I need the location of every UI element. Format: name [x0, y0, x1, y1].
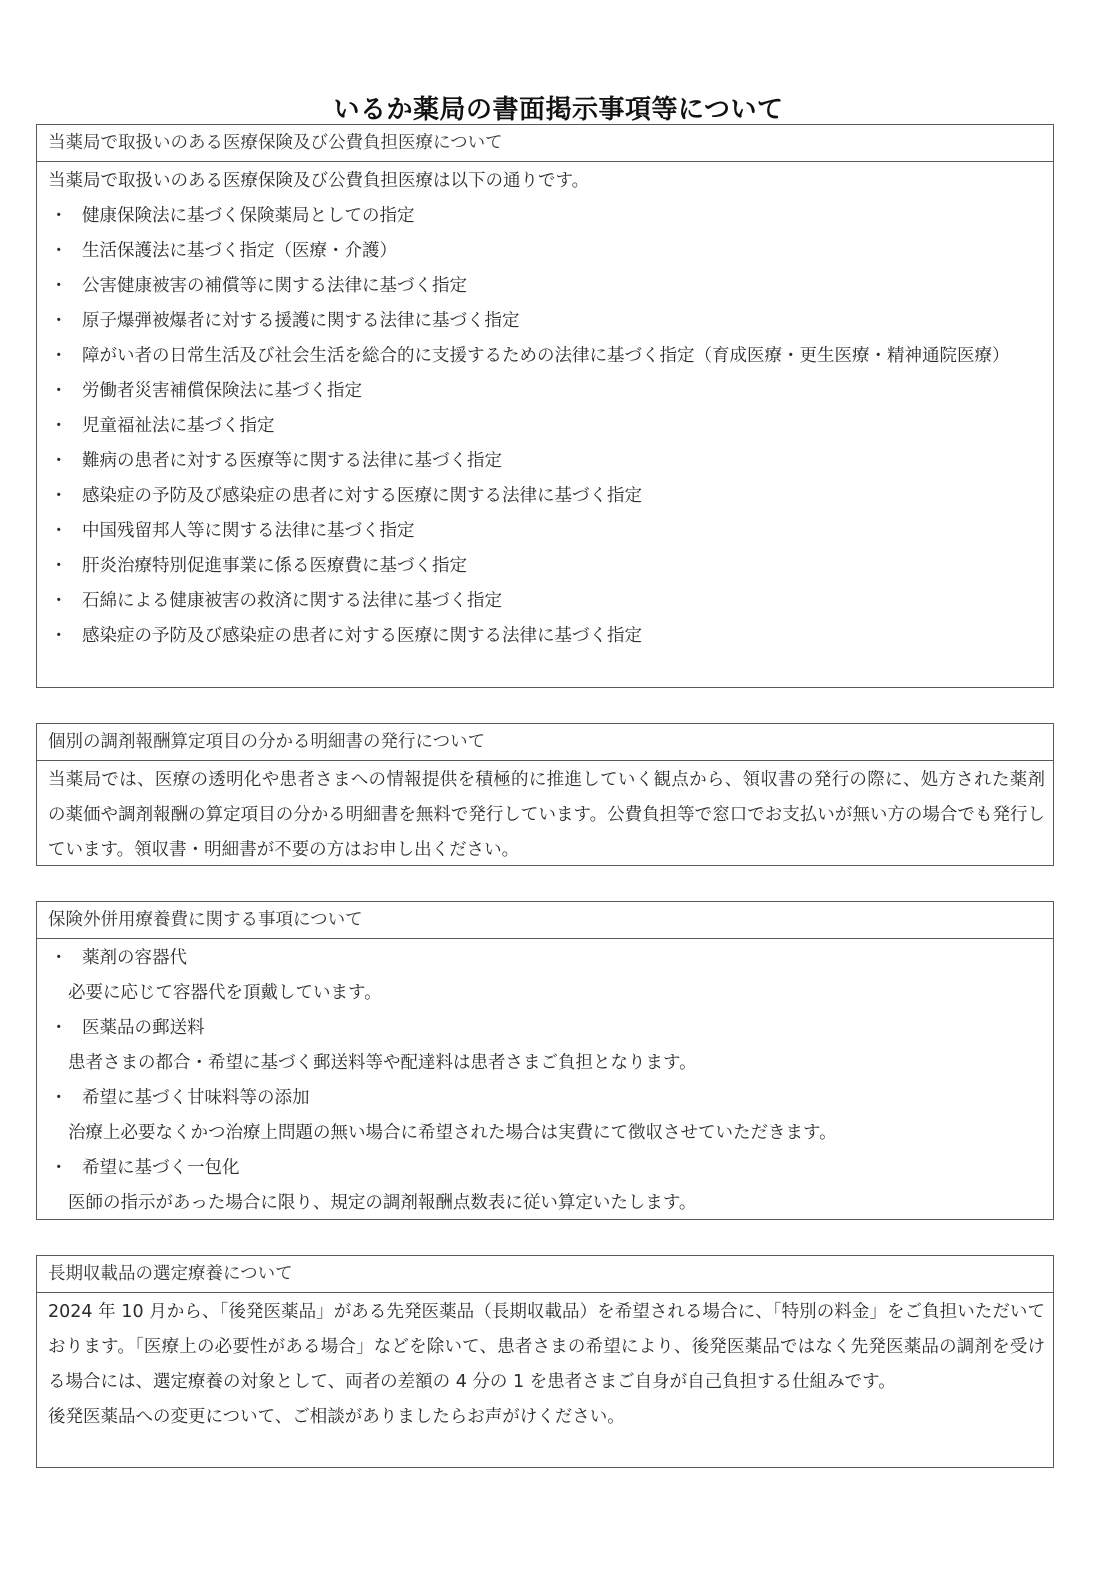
- list-item-detail: 患者さまの都合・希望に基づく郵送料等や配達料は患者さまご負担となります。: [48, 1046, 1045, 1081]
- list-item: ・ 感染症の予防及び感染症の患者に対する医療に関する法律に基づく指定: [48, 479, 1045, 514]
- list-item: ・ 健康保険法に基づく保険薬局としての指定: [48, 199, 1045, 234]
- paragraph: 当薬局では、医療の透明化や患者さまへの情報提供を積極的に推進していく観点から、領…: [48, 763, 1045, 868]
- list-item: ・ 中国残留邦人等に関する法律に基づく指定: [48, 514, 1045, 549]
- list-item: ・ 労働者災害補償保険法に基づく指定: [48, 374, 1045, 409]
- page-title: いるか薬局の書面掲示事項等について: [0, 89, 1117, 126]
- section-header: 保険外併用療養費に関する事項について: [37, 902, 1053, 939]
- list-item-title: ・ 薬剤の容器代: [48, 941, 1045, 976]
- list-item: ・ 児童福祉法に基づく指定: [48, 409, 1045, 444]
- section-insurance: 当薬局で取扱いのある医療保険及び公費負担医療について 当薬局で取扱いのある医療保…: [36, 124, 1054, 688]
- list-item: ・ 障がい者の日常生活及び社会生活を総合的に支援するための法律に基づく指定（育成…: [48, 339, 1045, 374]
- bullet-icon: ・: [48, 584, 82, 619]
- bullet-icon: ・: [48, 199, 82, 234]
- list-item-title: ・ 希望に基づく一包化: [48, 1151, 1045, 1186]
- section-header: 当薬局で取扱いのある医療保険及び公費負担医療について: [37, 125, 1053, 162]
- section-long-listed-products: 長期収載品の選定療養について 2024 年 10 月から、「後発医薬品」がある先…: [36, 1255, 1054, 1468]
- intro-text: 当薬局で取扱いのある医療保険及び公費負担医療は以下の通りです。: [48, 164, 1045, 199]
- bullet-icon: ・: [48, 444, 82, 479]
- list-item: ・ 生活保護法に基づく指定（医療・介護）: [48, 234, 1045, 269]
- bullet-icon: ・: [48, 1081, 82, 1116]
- section-header: 長期収載品の選定療養について: [37, 1256, 1053, 1293]
- bullet-icon: ・: [48, 1011, 82, 1046]
- list-item-detail: 治療上必要なくかつ治療上問題の無い場合に希望された場合は実費にて徴収させていただ…: [48, 1116, 1045, 1151]
- section-body: 当薬局で取扱いのある医療保険及び公費負担医療は以下の通りです。 ・ 健康保険法に…: [37, 162, 1053, 656]
- section-extra-costs: 保険外併用療養費に関する事項について ・ 薬剤の容器代 必要に応じて容器代を頂戴…: [36, 901, 1054, 1220]
- section-header: 個別の調剤報酬算定項目の分かる明細書の発行について: [37, 724, 1053, 761]
- bullet-icon: ・: [48, 269, 82, 304]
- list-item: ・ 原子爆弾被爆者に対する援護に関する法律に基づく指定: [48, 304, 1045, 339]
- paragraph: 2024 年 10 月から、「後発医薬品」がある先発医薬品（長期収載品）を希望さ…: [48, 1295, 1045, 1400]
- bullet-icon: ・: [48, 941, 82, 976]
- bullet-icon: ・: [48, 619, 82, 654]
- bullet-icon: ・: [48, 374, 82, 409]
- list-item: ・ 公害健康被害の補償等に関する法律に基づく指定: [48, 269, 1045, 304]
- section-body: 2024 年 10 月から、「後発医薬品」がある先発医薬品（長期収載品）を希望さ…: [37, 1293, 1053, 1437]
- list-item: ・ 肝炎治療特別促進事業に係る医療費に基づく指定: [48, 549, 1045, 584]
- bullet-icon: ・: [48, 409, 82, 444]
- bullet-icon: ・: [48, 514, 82, 549]
- list-item-title: ・ 希望に基づく甘味料等の添加: [48, 1081, 1045, 1116]
- bullet-icon: ・: [48, 479, 82, 514]
- closing-text: 後発医薬品への変更について、ご相談がありましたらお声がけください。: [48, 1400, 1045, 1435]
- bullet-icon: ・: [48, 549, 82, 584]
- section-body: 当薬局では、医療の透明化や患者さまへの情報提供を積極的に推進していく観点から、領…: [37, 761, 1053, 870]
- bullet-icon: ・: [48, 234, 82, 269]
- list-item-title: ・ 医薬品の郵送料: [48, 1011, 1045, 1046]
- list-item: ・ 難病の患者に対する医療等に関する法律に基づく指定: [48, 444, 1045, 479]
- section-itemized-statement: 個別の調剤報酬算定項目の分かる明細書の発行について 当薬局では、医療の透明化や患…: [36, 723, 1054, 866]
- list-item: ・ 感染症の予防及び感染症の患者に対する医療に関する法律に基づく指定: [48, 619, 1045, 654]
- list-item-detail: 医師の指示があった場合に限り、規定の調剤報酬点数表に従い算定いたします。: [48, 1186, 1045, 1221]
- bullet-icon: ・: [48, 339, 82, 374]
- list-item: ・ 石綿による健康被害の救済に関する法律に基づく指定: [48, 584, 1045, 619]
- bullet-icon: ・: [48, 1151, 82, 1186]
- section-body: ・ 薬剤の容器代 必要に応じて容器代を頂戴しています。 ・ 医薬品の郵送料 患者…: [37, 939, 1053, 1223]
- bullet-icon: ・: [48, 304, 82, 339]
- list-item-detail: 必要に応じて容器代を頂戴しています。: [48, 976, 1045, 1011]
